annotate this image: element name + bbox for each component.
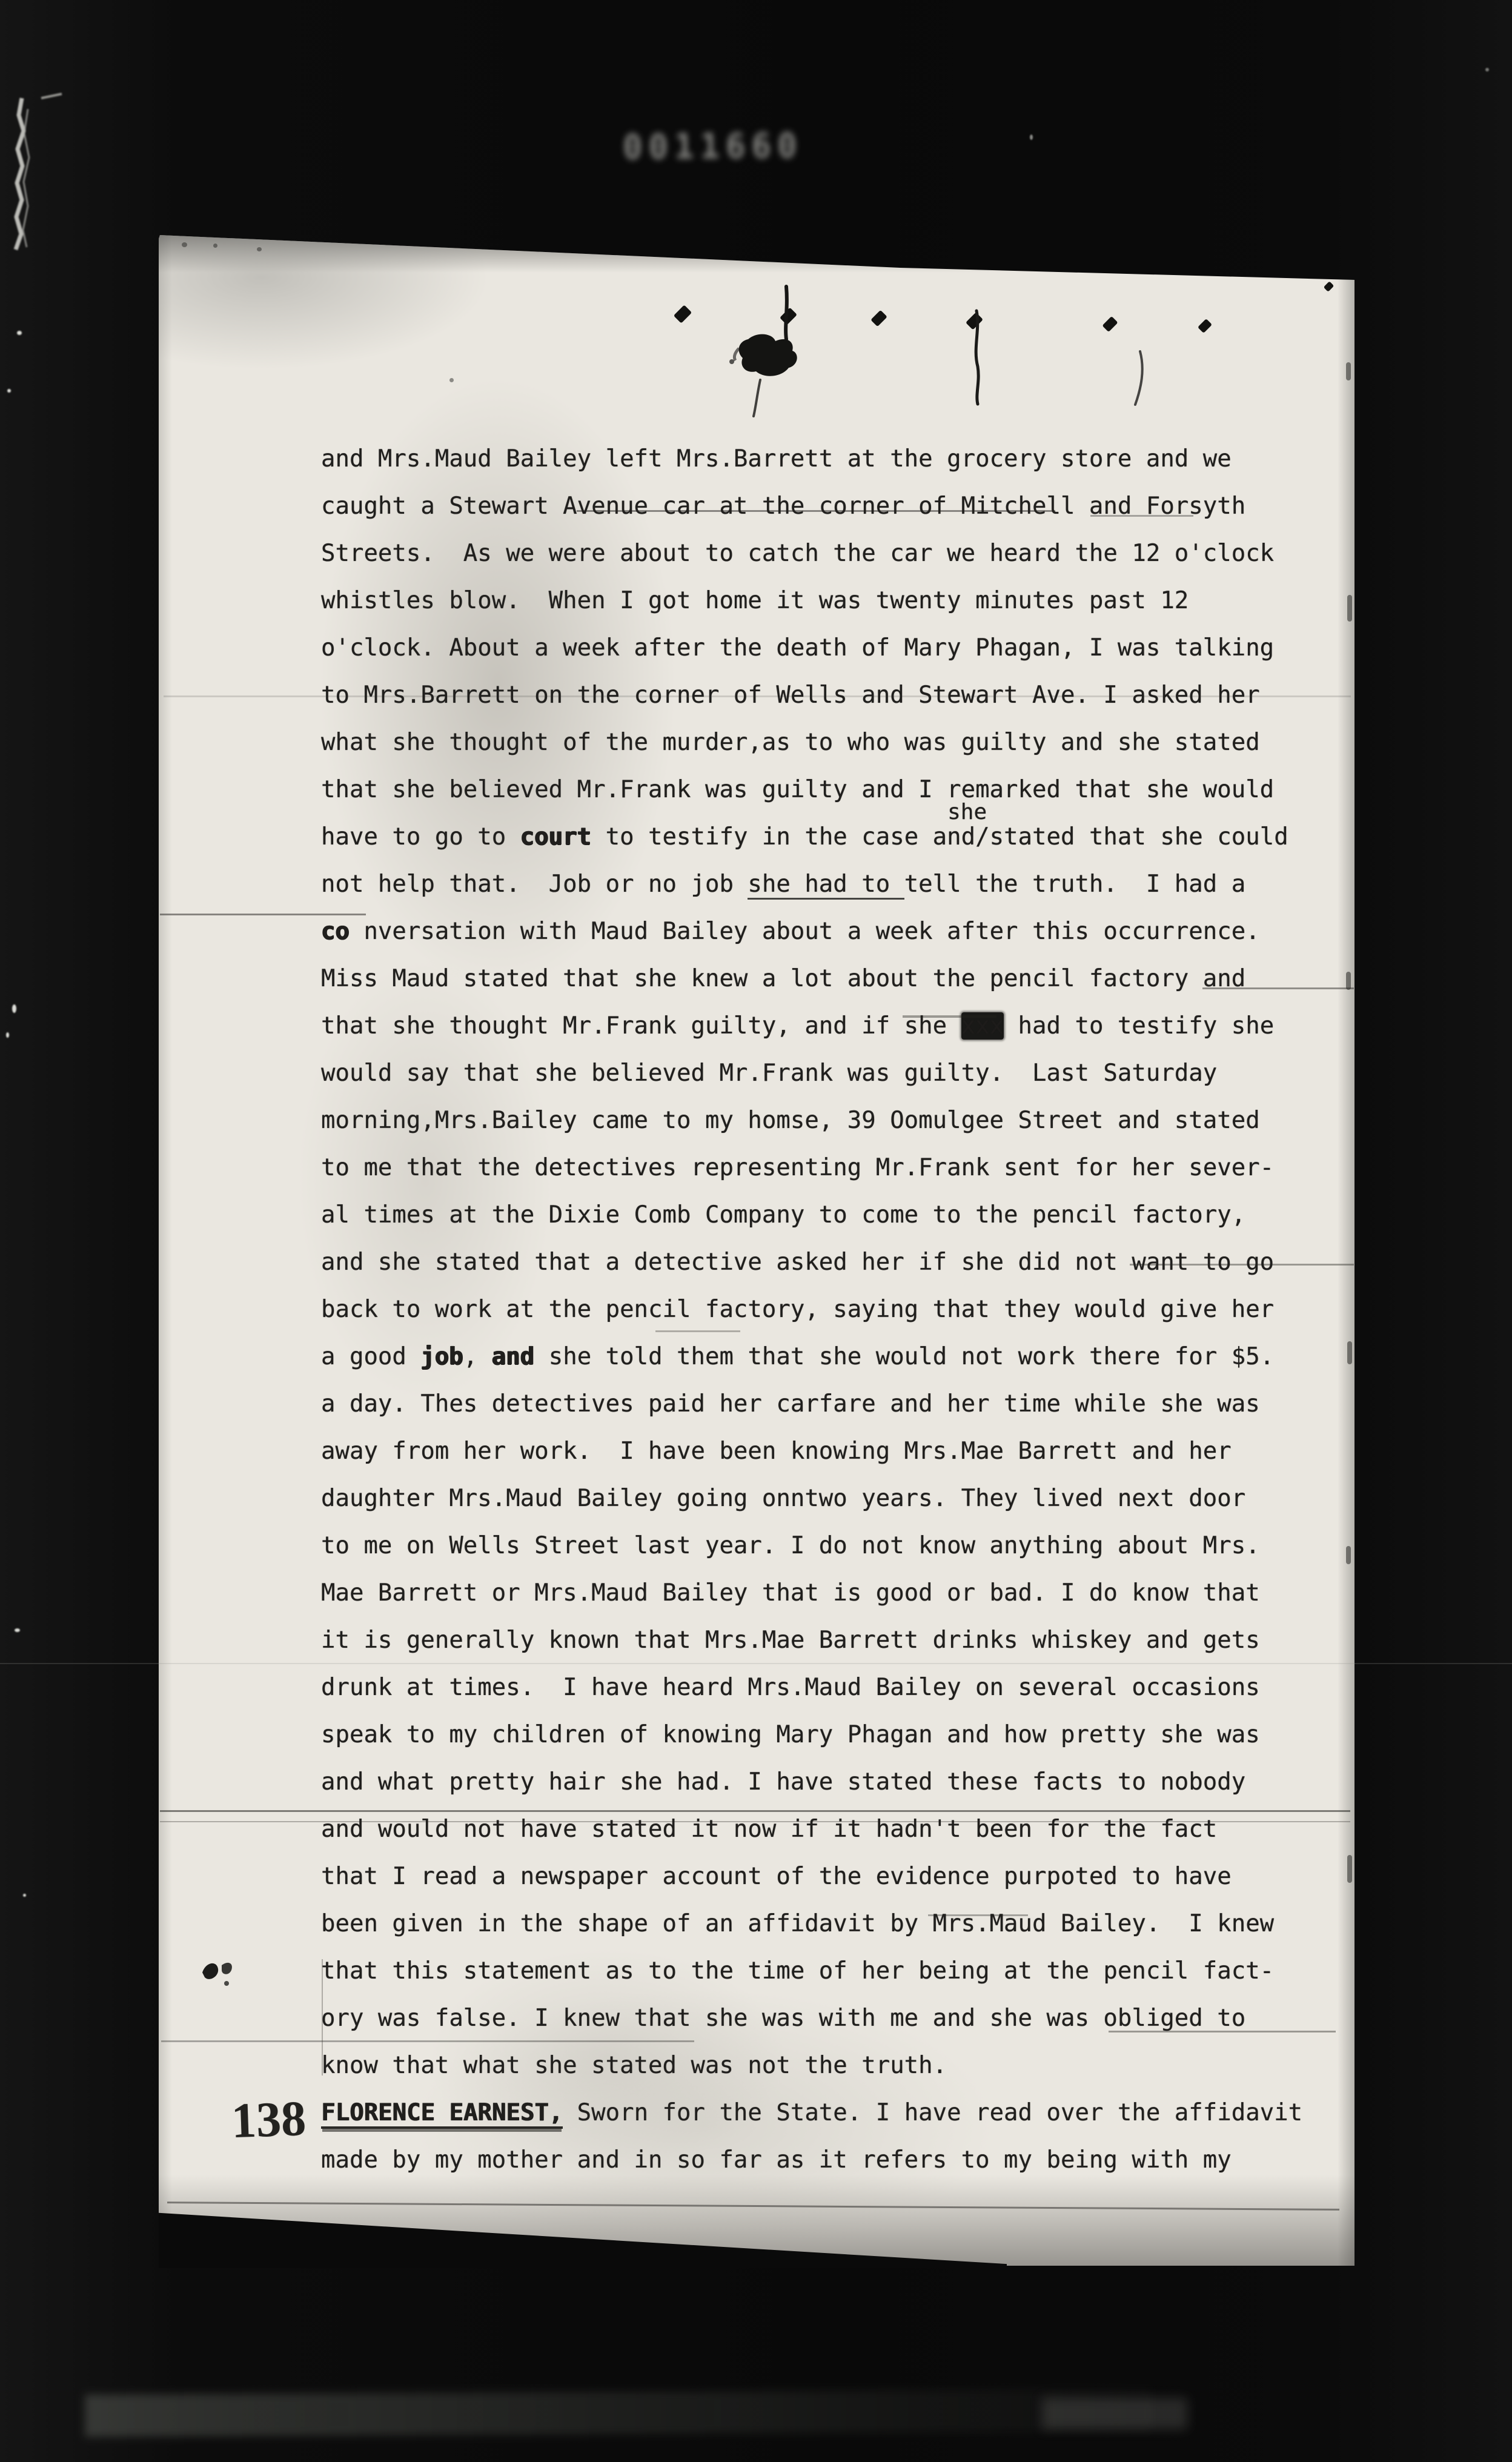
typed-text: a good [321, 1343, 420, 1370]
typed-line: not help that. Job or no job she had to … [321, 871, 1245, 898]
crease-line [160, 1810, 1350, 1812]
crease-line [903, 1015, 996, 1018]
typed-text: whistles blow. When I got home it was tw… [321, 587, 1189, 614]
typed-text: and she stated that a detective asked he… [321, 1249, 1274, 1276]
typed-text: would say that she believed Mr.Frank was… [321, 1060, 1217, 1087]
typed-text: drunk at times. I have heard Mrs.Maud Ba… [321, 1674, 1260, 1701]
typed-line: would say that she believed Mr.Frank was… [321, 1060, 1217, 1087]
typed-line: and she stated that a detective asked he… [321, 1249, 1274, 1276]
crease-line [164, 695, 1351, 697]
typed-line: whistles blow. When I got home it was tw… [321, 588, 1189, 614]
paper-speck [449, 378, 454, 382]
typed-line: made by my mother and in so far as it re… [321, 2147, 1232, 2174]
typed-line: that she thought Mr.Frank guilty, and if… [321, 1013, 1274, 1040]
typed-text: she told them that she would not work th… [534, 1343, 1274, 1370]
typed-text: tell the truth. I had a [904, 871, 1246, 898]
typed-text: not help that. Job or no job [321, 871, 748, 898]
edge-nick [1346, 362, 1351, 380]
paper-speck [213, 244, 217, 248]
typed-text: and [492, 1343, 534, 1370]
typed-text: Mae Barrett or Mrs.Maud Bailey that is g… [321, 1579, 1260, 1607]
typed-line: FLORENCE EARNEST, Sworn for the State. I… [321, 2100, 1302, 2126]
edge-nick [1347, 1341, 1352, 1364]
typed-line: and Mrs.Maud Bailey left Mrs.Barrett at … [321, 446, 1232, 473]
typed-text: Streets. As we were about to catch the c… [321, 540, 1274, 567]
crease-line [1090, 515, 1193, 517]
ink-blot [715, 276, 866, 433]
typed-text: been given in the shape of an affidavit … [321, 1910, 1274, 1937]
typed-line: morning,Mrs.Bailey came to my homse, 39 … [321, 1107, 1260, 1134]
typed-text: , [463, 1343, 492, 1370]
typed-text: nversation with Maud Bailey about a week… [350, 918, 1260, 945]
film-ghost-band [85, 2389, 1151, 2437]
typed-text: o'clock. About a week after the death of… [321, 634, 1274, 662]
typed-line: Mae Barrett or Mrs.Maud Bailey that is g… [321, 1580, 1260, 1607]
typed-text: co [321, 918, 350, 945]
typed-line: a day. Thes detectives paid her carfare … [321, 1391, 1260, 1418]
typed-line: and what pretty hair she had. I have sta… [321, 1769, 1245, 1796]
typed-line: that I read a newspaper account of the e… [321, 1863, 1232, 1890]
typed-line: Miss Maud stated that she knew a lot abo… [321, 966, 1245, 992]
typed-text: know that what she stated was not the tr… [321, 2052, 947, 2079]
edge-nick [1346, 972, 1351, 990]
typed-text: al times at the Dixie Comb Company to co… [321, 1201, 1245, 1229]
scan-line [0, 1663, 1512, 1664]
typed-text: she had to [748, 871, 904, 900]
typed-line: speak to my children of knowing Mary Pha… [321, 1722, 1260, 1748]
typed-line: o'clock. About a week after the death of… [321, 635, 1274, 662]
typed-text: away from her work. I have been knowing … [321, 1438, 1232, 1465]
typed-line: daughter Mrs.Maud Bailey going onntwo ye… [321, 1485, 1245, 1512]
typed-text: and would not have stated it now if it h… [321, 1816, 1217, 1843]
typed-line: have to go to court to testify in the ca… [321, 824, 1288, 851]
typed-text: that she thought Mr.Frank guilty, and if… [321, 1012, 961, 1040]
typed-text: to testify in the case and [591, 823, 975, 851]
crease-line [577, 510, 1055, 512]
crease-line [1130, 1264, 1354, 1266]
typed-text: daughter Mrs.Maud Bailey going onntwo ye… [321, 1485, 1245, 1512]
typed-text: that this statement as to the time of he… [321, 1957, 1274, 1985]
film-ghost-blob [1042, 2398, 1187, 2429]
typed-line: drunk at times. I have heard Mrs.Maud Ba… [321, 1674, 1260, 1701]
typed-line: a good job, and she told them that she w… [321, 1344, 1274, 1370]
typed-text: to me on Wells Street last year. I do no… [321, 1532, 1260, 1559]
typed-text: job [420, 1343, 463, 1370]
typed-text: /stated that she could [975, 823, 1288, 851]
typed-text: made by my mother and in so far as it re… [321, 2146, 1232, 2174]
crease-line [161, 2040, 694, 2042]
vertical-crease [322, 1959, 323, 2075]
crease-line [1202, 987, 1354, 989]
typed-line: away from her work. I have been knowing … [321, 1438, 1232, 1465]
typed-line: ory was false. I knew that she was with … [321, 2005, 1245, 2032]
typed-text: Sworn for the State. I have read over th… [563, 2099, 1302, 2126]
typed-text: ory was false. I knew that she was with … [321, 2005, 1245, 2032]
typed-line: it is generally known that Mrs.Mae Barre… [321, 1627, 1260, 1654]
typed-line: back to work at the pencil factory, sayi… [321, 1296, 1274, 1323]
typed-text: had to testify she [1004, 1012, 1274, 1040]
typed-line: what she thought of the murder,as to who… [321, 729, 1260, 756]
film-scan-background: 0011660 and Mrs.Maud Bailey left Mrs.Bar… [0, 0, 1512, 2462]
edge-nick [1346, 1546, 1351, 1564]
typed-line: to me on Wells Street last year. I do no… [321, 1533, 1260, 1559]
crease-line [160, 914, 366, 915]
typed-text: FLORENCE EARNEST, [321, 2099, 563, 2129]
typed-text: have to go to [321, 823, 520, 851]
typed-line: been given in the shape of an affidavit … [321, 1911, 1274, 1937]
pen-squiggle [968, 306, 992, 409]
typed-text: that she believed Mr.Frank was guilty an… [321, 776, 1274, 803]
typed-text: a day. Thes detectives paid her carfare … [321, 1390, 1260, 1418]
paper-speck [257, 247, 262, 251]
typed-line: co nversation with Maud Bailey about a w… [321, 918, 1260, 945]
pen-hook [1128, 345, 1152, 412]
typed-line: Streets. As we were about to catch the c… [321, 540, 1274, 567]
crease-line [1109, 2031, 1336, 2032]
edge-nick [1347, 595, 1352, 622]
edge-nick [1347, 1855, 1352, 1883]
typed-text: and what pretty hair she had. I have sta… [321, 1768, 1245, 1796]
typed-line: al times at the Dixie Comb Company to co… [321, 1202, 1245, 1229]
typed-line: that this statement as to the time of he… [321, 1958, 1274, 1985]
typed-text: what she thought of the murder,as to who… [321, 729, 1260, 756]
typed-text: it is generally known that Mrs.Mae Barre… [321, 1627, 1260, 1654]
typed-line: know that what she stated was not the tr… [321, 2052, 947, 2079]
typed-text: that I read a newspaper account of the e… [321, 1863, 1232, 1890]
typed-line: and would not have stated it now if it h… [321, 1816, 1217, 1843]
margin-scribble [195, 1954, 250, 1991]
typed-text: morning,Mrs.Bailey came to my homse, 39 … [321, 1107, 1260, 1134]
typed-text: back to work at the pencil factory, sayi… [321, 1296, 1274, 1323]
crease-line [655, 1330, 740, 1332]
typed-line: that she believed Mr.Frank was guilty an… [321, 777, 1274, 803]
typed-text: court [520, 823, 591, 851]
typed-text: to me that the detectives representing M… [321, 1154, 1274, 1181]
paper-speck [182, 242, 187, 247]
crease-line [160, 1821, 1350, 1822]
typed-text: Miss Maud stated that she knew a lot abo… [321, 965, 1245, 992]
typed-line: to me that the detectives representing M… [321, 1155, 1274, 1181]
typed-text: speak to my children of knowing Mary Pha… [321, 1721, 1260, 1748]
typed-text: and Mrs.Maud Bailey left Mrs.Barrett at … [321, 445, 1232, 473]
crease-line [928, 1914, 1028, 1916]
folio-number: 138 [231, 2094, 307, 2146]
